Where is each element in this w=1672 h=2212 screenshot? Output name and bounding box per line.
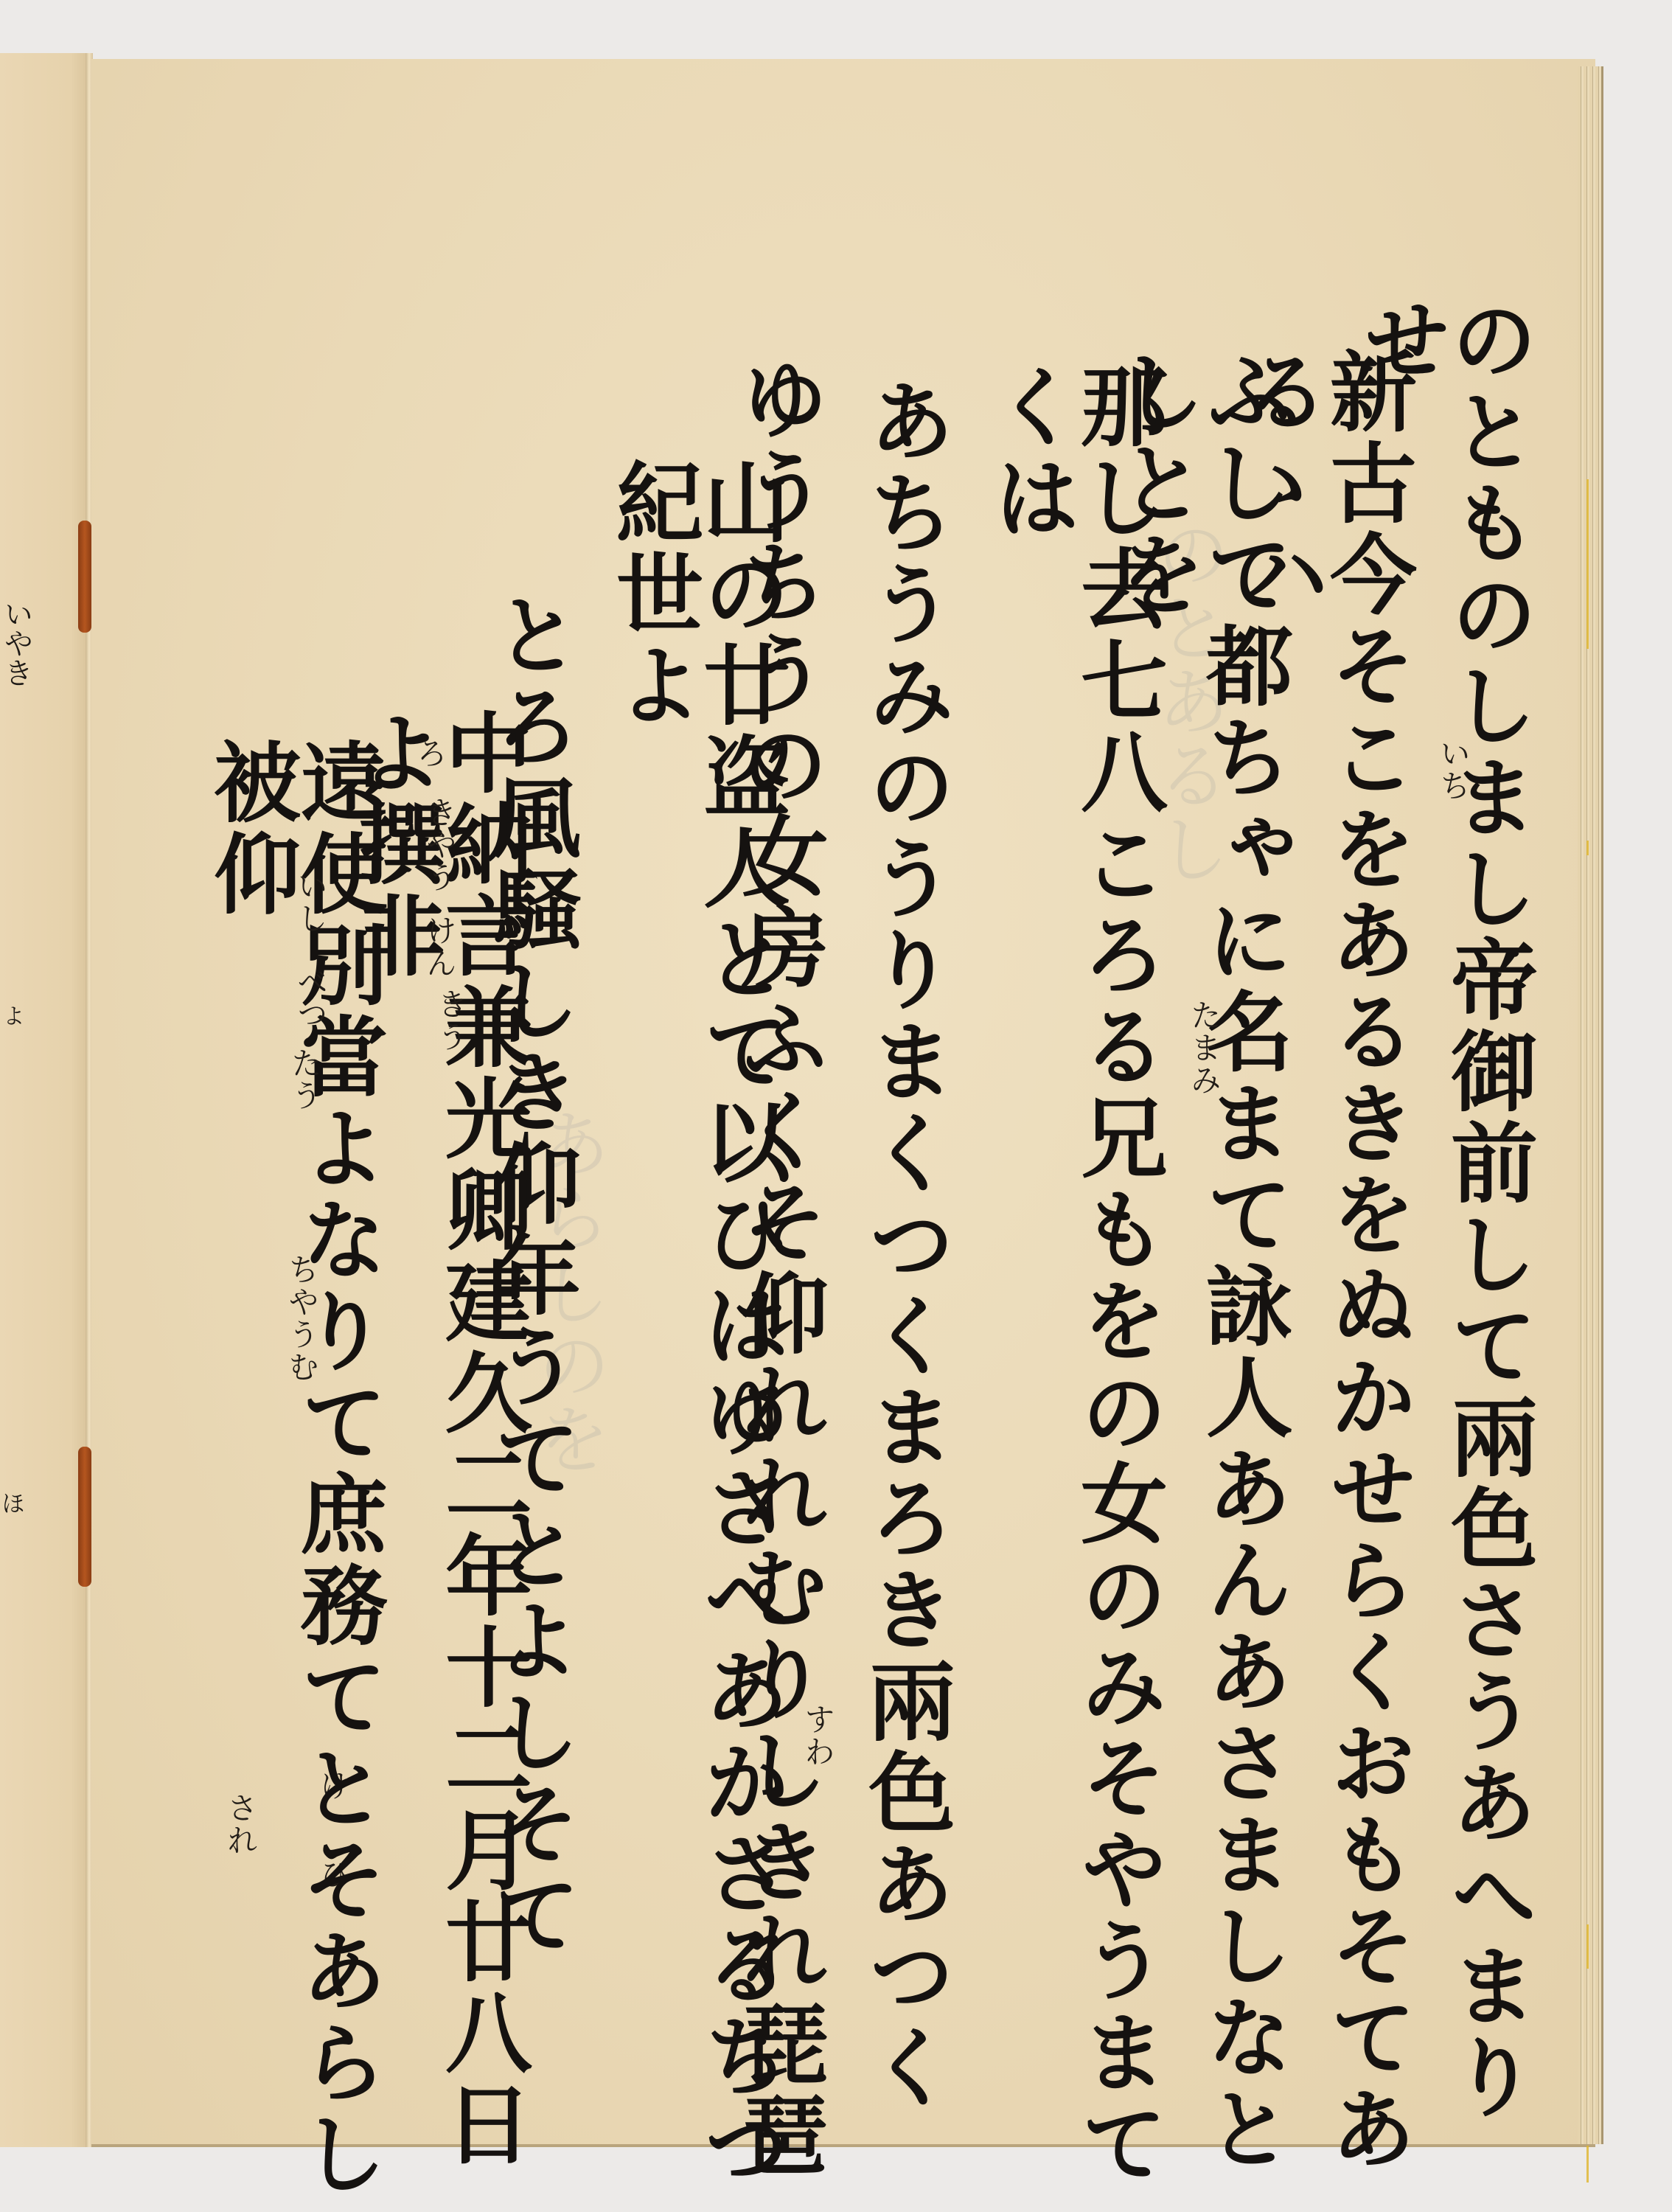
text-column-7: 山の廿盗人とて以ひはゆさへあかさるちつ紀世よ <box>609 457 783 2212</box>
page-edges <box>1578 66 1603 2144</box>
furigana: きやう <box>424 796 455 894</box>
gilt-mark <box>1586 2146 1589 2183</box>
left-page: いやき よ ほ <box>0 53 88 2147</box>
text-column-5: あちうみのうりまくつくまろき兩色あつく <box>861 376 948 2113</box>
left-page-fragment: いやき <box>1 599 31 687</box>
left-page-fragment: ほ <box>0 1491 24 1514</box>
furigana: すわ <box>802 1703 833 1768</box>
binding-thread-upper <box>78 521 91 633</box>
gilt-mark <box>1586 1924 1589 1969</box>
gilt-mark <box>1586 479 1589 649</box>
furigana: べつ <box>295 966 326 1031</box>
furigana: いち <box>1438 737 1469 802</box>
furigana: ちやうむ <box>286 1253 317 1383</box>
text-column-4: 那し去七八ころる兄もをの女のみそやうまてくは <box>986 361 1160 2212</box>
binding-thread-lower <box>78 1447 91 1587</box>
furigana: ろ <box>414 737 445 770</box>
furigana: いし <box>295 870 326 935</box>
furigana: けん <box>424 914 455 979</box>
furigana: たまみ <box>1188 999 1219 1096</box>
gilt-mark <box>1586 841 1589 855</box>
furigana: たう <box>289 1047 320 1112</box>
furigana: され <box>225 1792 256 1857</box>
left-page-fragment: よ <box>0 1004 22 1026</box>
text-column-10: 遠使別當よなりて庶務てとそあらし被仰 <box>206 737 380 2212</box>
furigana: きう <box>435 988 466 1053</box>
